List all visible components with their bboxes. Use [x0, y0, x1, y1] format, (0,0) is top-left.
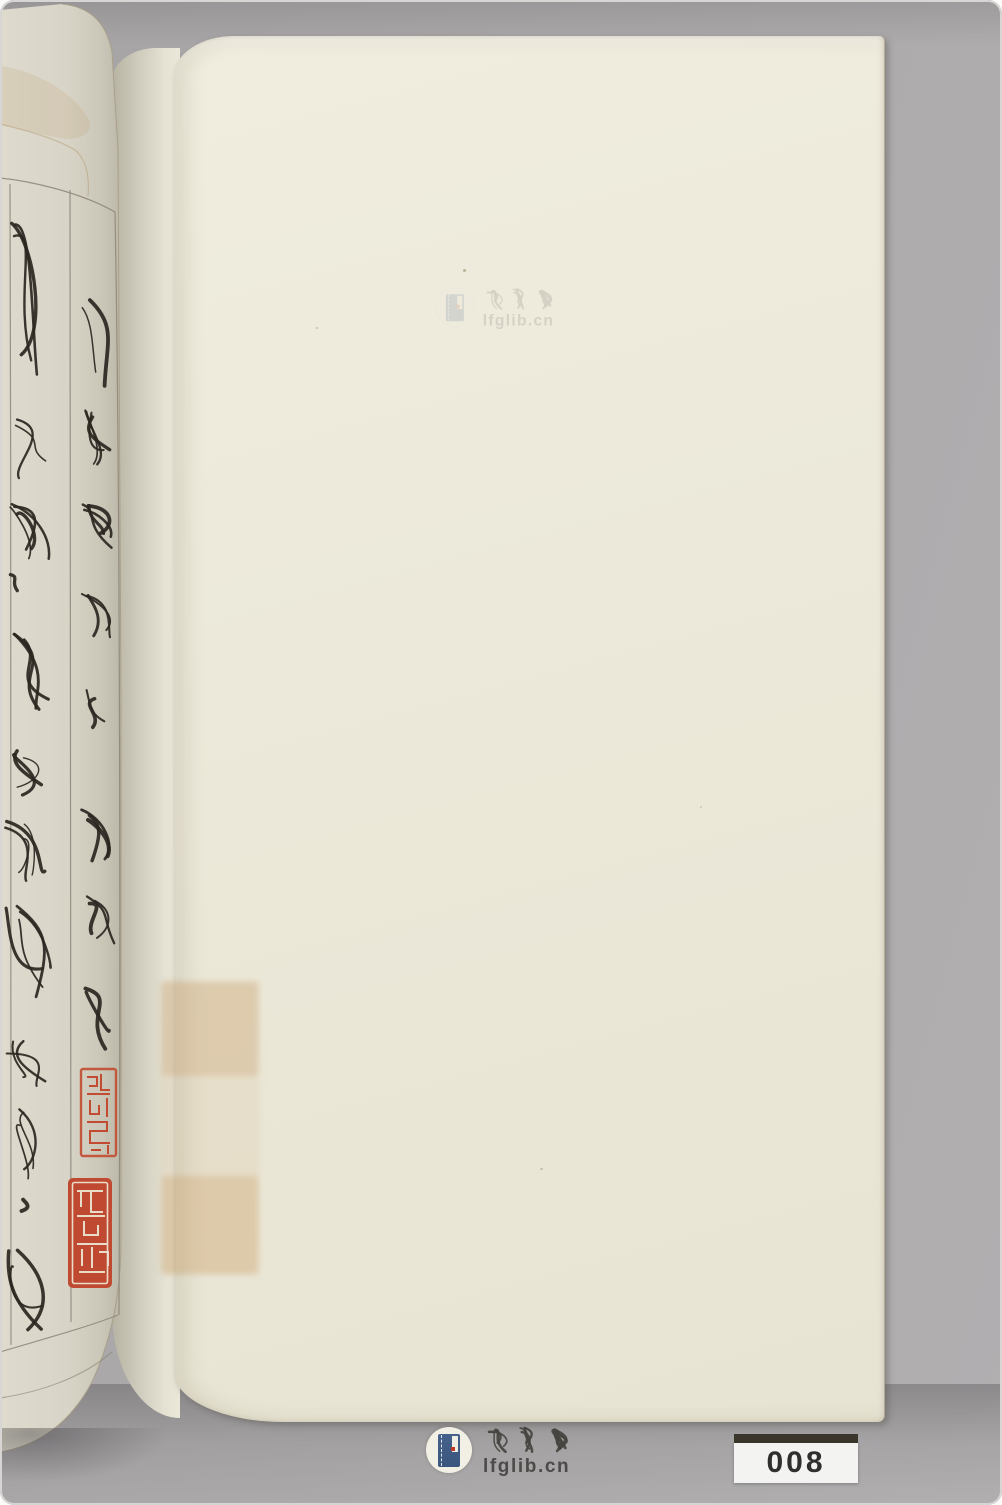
lfg-logo-badge [426, 1427, 472, 1473]
book-title-slip [452, 1436, 458, 1452]
ghost-seal-band [162, 1176, 258, 1274]
page-number-tab: 008 [734, 1434, 858, 1483]
page-number-label: 008 [734, 1443, 858, 1483]
watermark-site-url: lfglib.cn [483, 1457, 579, 1476]
watermark-site-name [483, 286, 562, 312]
paper-speck [463, 269, 466, 272]
left-page [0, 0, 126, 1505]
lfg-logo-badge [436, 288, 474, 326]
watermark-bottom: lfglib.cn [426, 1424, 579, 1476]
watermark-glyph [488, 291, 503, 309]
watermark-glyph [520, 1428, 532, 1452]
ghost-seal-impression [160, 980, 260, 1275]
tiny-seal-mark [451, 1447, 455, 1451]
paper-speck [700, 806, 702, 808]
watermark-site-name [483, 1424, 579, 1456]
page-number-bar [734, 1434, 858, 1443]
watermark-site-url: lfglib.cn [483, 313, 562, 329]
seal-lower [68, 1178, 112, 1288]
watermark-glyph [489, 1430, 507, 1452]
thread-bound-book-icon [438, 1434, 460, 1467]
watermark-glyph [553, 1430, 567, 1451]
blank-page [174, 36, 885, 1422]
watermark-glyph [513, 289, 523, 309]
book-title-slip [457, 295, 462, 308]
tiny-seal-mark [457, 304, 460, 307]
paper-speck [540, 1168, 543, 1170]
watermark-top: lfglib.cn [436, 286, 561, 329]
paper-speck [316, 327, 318, 329]
page-curl-shadow [0, 1428, 170, 1483]
thread-bound-book-icon [446, 294, 464, 321]
ghost-seal-band [162, 982, 258, 1076]
scanned-book-photo: lfglib.cn lfglib.cn 008 [0, 0, 1002, 1505]
photo-background: lfglib.cn lfglib.cn 008 [0, 0, 1002, 1505]
watermark-glyph [540, 291, 552, 308]
